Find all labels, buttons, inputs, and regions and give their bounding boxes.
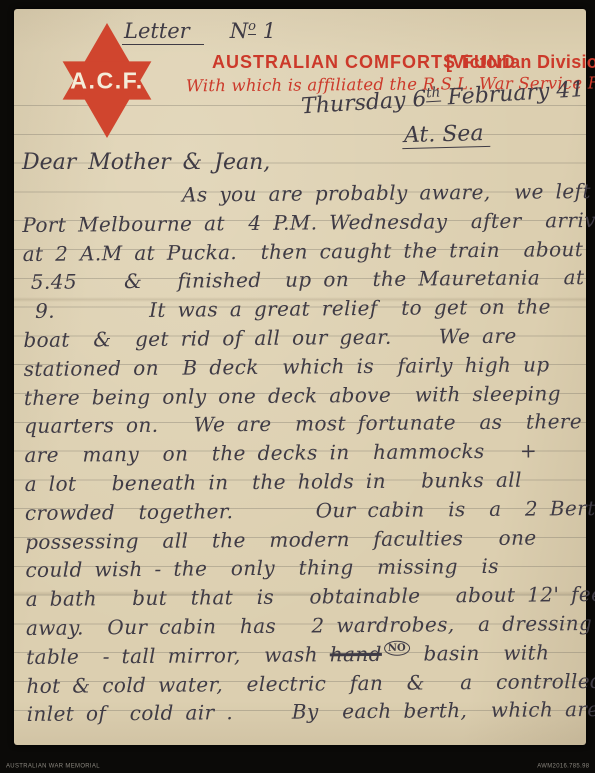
line-text: table - tall mirror, wash (26, 642, 330, 669)
archive-credit: AUSTRALIAN WAR MEMORIAL (6, 763, 100, 769)
crossed-out-word: hand (330, 642, 382, 666)
letter-line: away. Our cabin has 2 wardrobes, a dress… (26, 609, 584, 643)
photo-background: A.C.F. LetterNo 1 AUSTRALIAN COMFORTS FU… (0, 0, 595, 773)
letter-line: Port Melbourne at 4 P.M. Wednesday after… (22, 206, 580, 240)
accession-number: AWM2016.785.98 (537, 763, 589, 769)
letter-label: Letter (122, 19, 204, 45)
location-line: At. Sea (402, 121, 490, 149)
letter-line: possessing all the modern faculties one (25, 523, 583, 557)
acf-logo-text: A.C.F. (70, 68, 144, 94)
letter-line: crowded together. Our cabin is a 2 Berth (25, 494, 583, 528)
letter-body: As you are probably aware, we leftPort M… (22, 177, 585, 729)
salutation: Dear Mother & Jean, (22, 150, 270, 175)
correction-note: NO (384, 640, 410, 655)
letter-line: a lot beneath in the holds in bunks all (25, 465, 583, 499)
letter-paper: A.C.F. LetterNo 1 AUSTRALIAN COMFORTS FU… (14, 9, 586, 745)
letter-line: boat & get rid of all our gear. We are (23, 321, 581, 355)
letter-line: As you are probably aware, we left (22, 177, 580, 211)
letter-line: stationed on B deck which is fairly high… (24, 350, 582, 384)
letter-line: inlet of cold air . By each berth, which… (27, 695, 585, 729)
division-label: [Victorian Division] (446, 52, 595, 73)
letter-number-heading: LetterNo 1 (122, 19, 276, 45)
letter-line: table - tall mirror, wash handNO basin w… (26, 638, 584, 672)
letter-number: No 1 (230, 19, 276, 43)
line-text: basin with (412, 640, 550, 665)
